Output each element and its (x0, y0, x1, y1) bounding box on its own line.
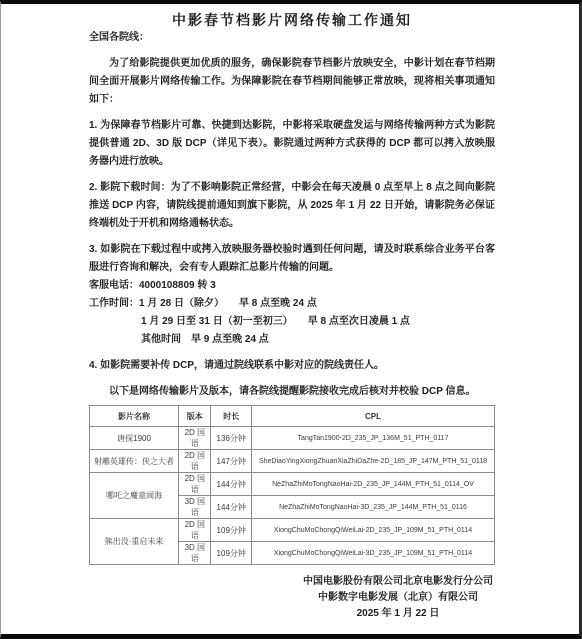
version-cell: 2D 国语 (179, 427, 211, 450)
movie-name-cell: 熊出没·重启未来 (90, 519, 179, 565)
cpl-cell: SheDiaoYingXiongZhuanXiaZhiDaZhe-2D_185_… (251, 450, 494, 473)
page-title: 中影春节档影片网络传输工作通知 (89, 12, 495, 29)
movie-name-cell: 唐探1900 (90, 427, 179, 450)
duration-cell: 147分钟 (211, 450, 252, 473)
signature-block: 中国电影股份有限公司北京电影发行分公司 中影数字电影发展（北京）有限公司 202… (303, 574, 493, 622)
table-row: 哪吒之魔童闹海 2D 国语 144分钟 NeZhaZhiMoTongNaoHai… (90, 473, 495, 496)
intro-paragraph: 为了给影院提供更加优质的服务，确保影院春节档影片放映安全，中影计划在春节档期间全… (89, 55, 495, 109)
version-cell: 3D 国语 (179, 496, 211, 519)
point-2-paragraph: 2. 影院下载时间：为了不影响影院正常经营，中影会在每天凌晨 0 点至早上 8 … (89, 179, 495, 233)
header-version: 版本 (179, 406, 211, 427)
table-intro-paragraph: 以下是网络传输影片及版本，请各院线提醒影院接收完成后核对并校验 DCP 信息。 (89, 383, 495, 401)
cpl-cell: XiongChuMoChongQiWeiLai-3D_235_JP_109M_5… (251, 542, 494, 565)
duration-cell: 109分钟 (211, 542, 252, 565)
cpl-cell: XiongChuMoChongQiWeiLai-2D_235_JP_109M_5… (251, 519, 494, 542)
version-cell: 2D 国语 (179, 519, 211, 542)
table-row: 唐探1900 2D 国语 136分钟 TangTan1900-2D_235_JP… (90, 427, 495, 450)
point-1-paragraph: 1. 为保障春节档影片可靠、快捷到达影院，中影将采取硬盘发运与网络传输两种方式为… (89, 117, 495, 171)
film-table: 影片名称 版本 时长 CPL 唐探1900 2D 国语 136分钟 TangTa… (89, 405, 495, 565)
company-name-1: 中国电影股份有限公司北京电影发行分公司 (303, 574, 493, 590)
header-duration: 时长 (211, 406, 252, 427)
point-4-paragraph: 4. 如影院需要补传 DCP，请通过院线联系中影对应的院线责任人。 (89, 357, 495, 375)
movie-name-cell: 射雕英雄传：侠之大者 (90, 450, 179, 473)
work-time-block: 工作时间：1 月 28 日（除夕） 早 8 点至晚 24 点 1 月 29 日至… (89, 295, 495, 349)
salutation: 全国各院线： (89, 29, 495, 47)
movie-name-cell: 哪吒之魔童闹海 (90, 473, 179, 519)
work-time-line-1: 工作时间：1 月 28 日（除夕） 早 8 点至晚 24 点 (89, 295, 495, 313)
work-time-line-3: 其他时间 早 9 点至晚 24 点 (141, 331, 495, 349)
version-cell: 3D 国语 (179, 542, 211, 565)
company-name-2: 中影数字电影发展（北京）有限公司 (318, 590, 478, 606)
header-movie-name: 影片名称 (90, 406, 179, 427)
notice-date: 2025 年 1 月 22 日 (357, 606, 440, 622)
cpl-cell: NeZhaZhiMoTongNaoHai-3D_235_JP_144M_PTH_… (251, 496, 494, 519)
work-time-line-2: 1 月 29 日至 31 日（初一至初三） 早 8 点至次日凌晨 1 点 (141, 313, 495, 331)
cpl-cell: TangTan1900-2D_235_JP_136M_51_PTH_0117 (251, 427, 494, 450)
cpl-cell: NeZhaZhiMoTongNaoHai-2D_235_JP_144M_PTH_… (251, 473, 494, 496)
header-cpl: CPL (251, 406, 494, 427)
version-cell: 2D 国语 (179, 473, 211, 496)
service-phone-line: 客服电话：4000108809 转 3 (89, 277, 495, 295)
table-row: 熊出没·重启未来 2D 国语 109分钟 XiongChuMoChongQiWe… (90, 519, 495, 542)
table-header-row: 影片名称 版本 时长 CPL (90, 406, 495, 427)
duration-cell: 144分钟 (211, 496, 252, 519)
table-row: 射雕英雄传：侠之大者 2D 国语 147分钟 SheDiaoYingXiongZ… (90, 450, 495, 473)
version-cell: 2D 国语 (179, 450, 211, 473)
point-3-paragraph: 3. 如影院在下载过程中或拷入放映服务器校验时遇到任何问题，请及时联系综合业务平… (89, 241, 495, 277)
notice-document: 中影春节档影片网络传输工作通知 全国各院线： 为了给影院提供更加优质的服务，确保… (0, 0, 582, 639)
duration-cell: 144分钟 (211, 473, 252, 496)
duration-cell: 136分钟 (211, 427, 252, 450)
duration-cell: 109分钟 (211, 519, 252, 542)
